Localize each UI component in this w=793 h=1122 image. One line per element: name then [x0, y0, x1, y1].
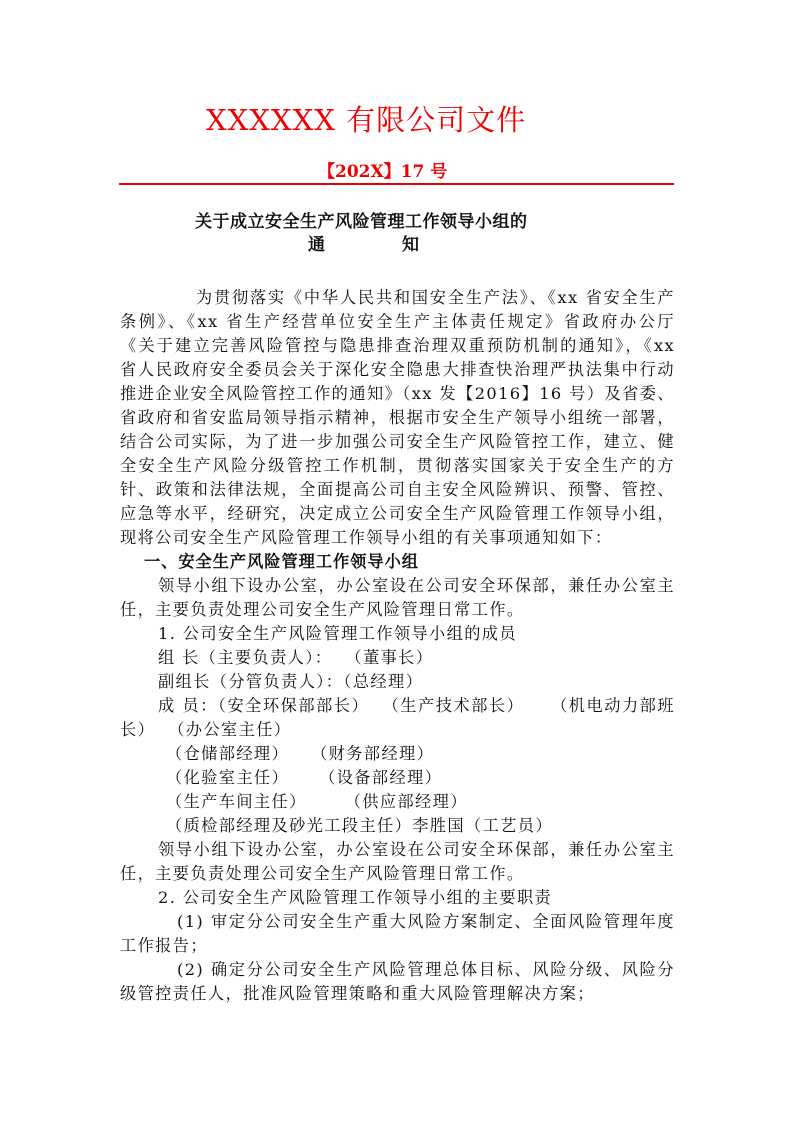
subject-word-1: 通 — [308, 233, 325, 257]
section-1-heading: 一、安全生产风险管理工作领导小组 — [120, 550, 675, 574]
document-header-title: XXXXXX 有限公司文件 — [206, 100, 526, 140]
member-role: （化验室主任） — [166, 768, 289, 787]
item-1-heading: 1. 公司安全生产风险管理工作领导小组的成员 — [120, 622, 675, 646]
members-row: （质检部经理及砂光工段主任）李胜国（工艺员） — [120, 814, 675, 838]
office-paragraph-1: 领导小组下设办公室，办公室设在公司安全环保部，兼任办公室主任，主要负责处理公司安… — [120, 574, 675, 622]
office-paragraph-2: 领导小组下设办公室，办公室设在公司安全环保部，兼任办公室主任，主要负责处理公司安… — [120, 838, 675, 886]
document-body: 为贯彻落实《中华人民共和国安全生产法》、《xx 省安全生产条例》、《xx 省生产… — [120, 286, 675, 1006]
red-header-rule — [119, 183, 674, 185]
subject-line-1: 关于成立安全生产风险管理工作领导小组的 — [195, 210, 528, 234]
subject-line-2: 通知 — [308, 233, 419, 257]
subject-word-2: 知 — [402, 233, 419, 257]
duty-1: (1) 审定分公司安全生产重大风险方案制定、全面风险管理年度工作报告； — [120, 910, 675, 958]
member-role: （生产车间主任） — [166, 792, 307, 811]
members-row: （仓储部经理）（财务部经理） — [120, 742, 675, 766]
member-role: （财务部经理） — [311, 744, 434, 763]
document-number: 【202X】17 号 — [318, 160, 447, 184]
members-row: （化验室主任）（设备部经理） — [120, 766, 675, 790]
deputy-line: 副组长（分管负责人）：（总经理） — [120, 670, 675, 694]
member-role: （供应部经理） — [345, 792, 468, 811]
member-role: （设备部经理） — [319, 768, 442, 787]
member-role: （质检部经理及砂光工段主任）李胜国（工艺员） — [166, 816, 553, 835]
item-2-heading: 2. 公司安全生产风险管理工作领导小组的主要职责 — [120, 886, 675, 910]
duty-2: (2) 确定分公司安全生产风险管理总体目标、风险分级、风险分级管控责任人，批准风… — [120, 958, 675, 1006]
members-row: （生产车间主任）（供应部经理） — [120, 790, 675, 814]
document-page: XXXXXX 有限公司文件 【202X】17 号 关于成立安全生产风险管理工作领… — [0, 0, 793, 1122]
intro-paragraph: 为贯彻落实《中华人民共和国安全生产法》、《xx 省安全生产条例》、《xx 省生产… — [120, 286, 675, 550]
leader-line: 组 长（主要负责人）： （董事长） — [120, 646, 675, 670]
member-role: （仓储部经理） — [166, 744, 289, 763]
members-line: 成 员：（安全环保部部长） （生产技术部长） （机电动力部班长） （办公室主任） — [120, 694, 675, 742]
